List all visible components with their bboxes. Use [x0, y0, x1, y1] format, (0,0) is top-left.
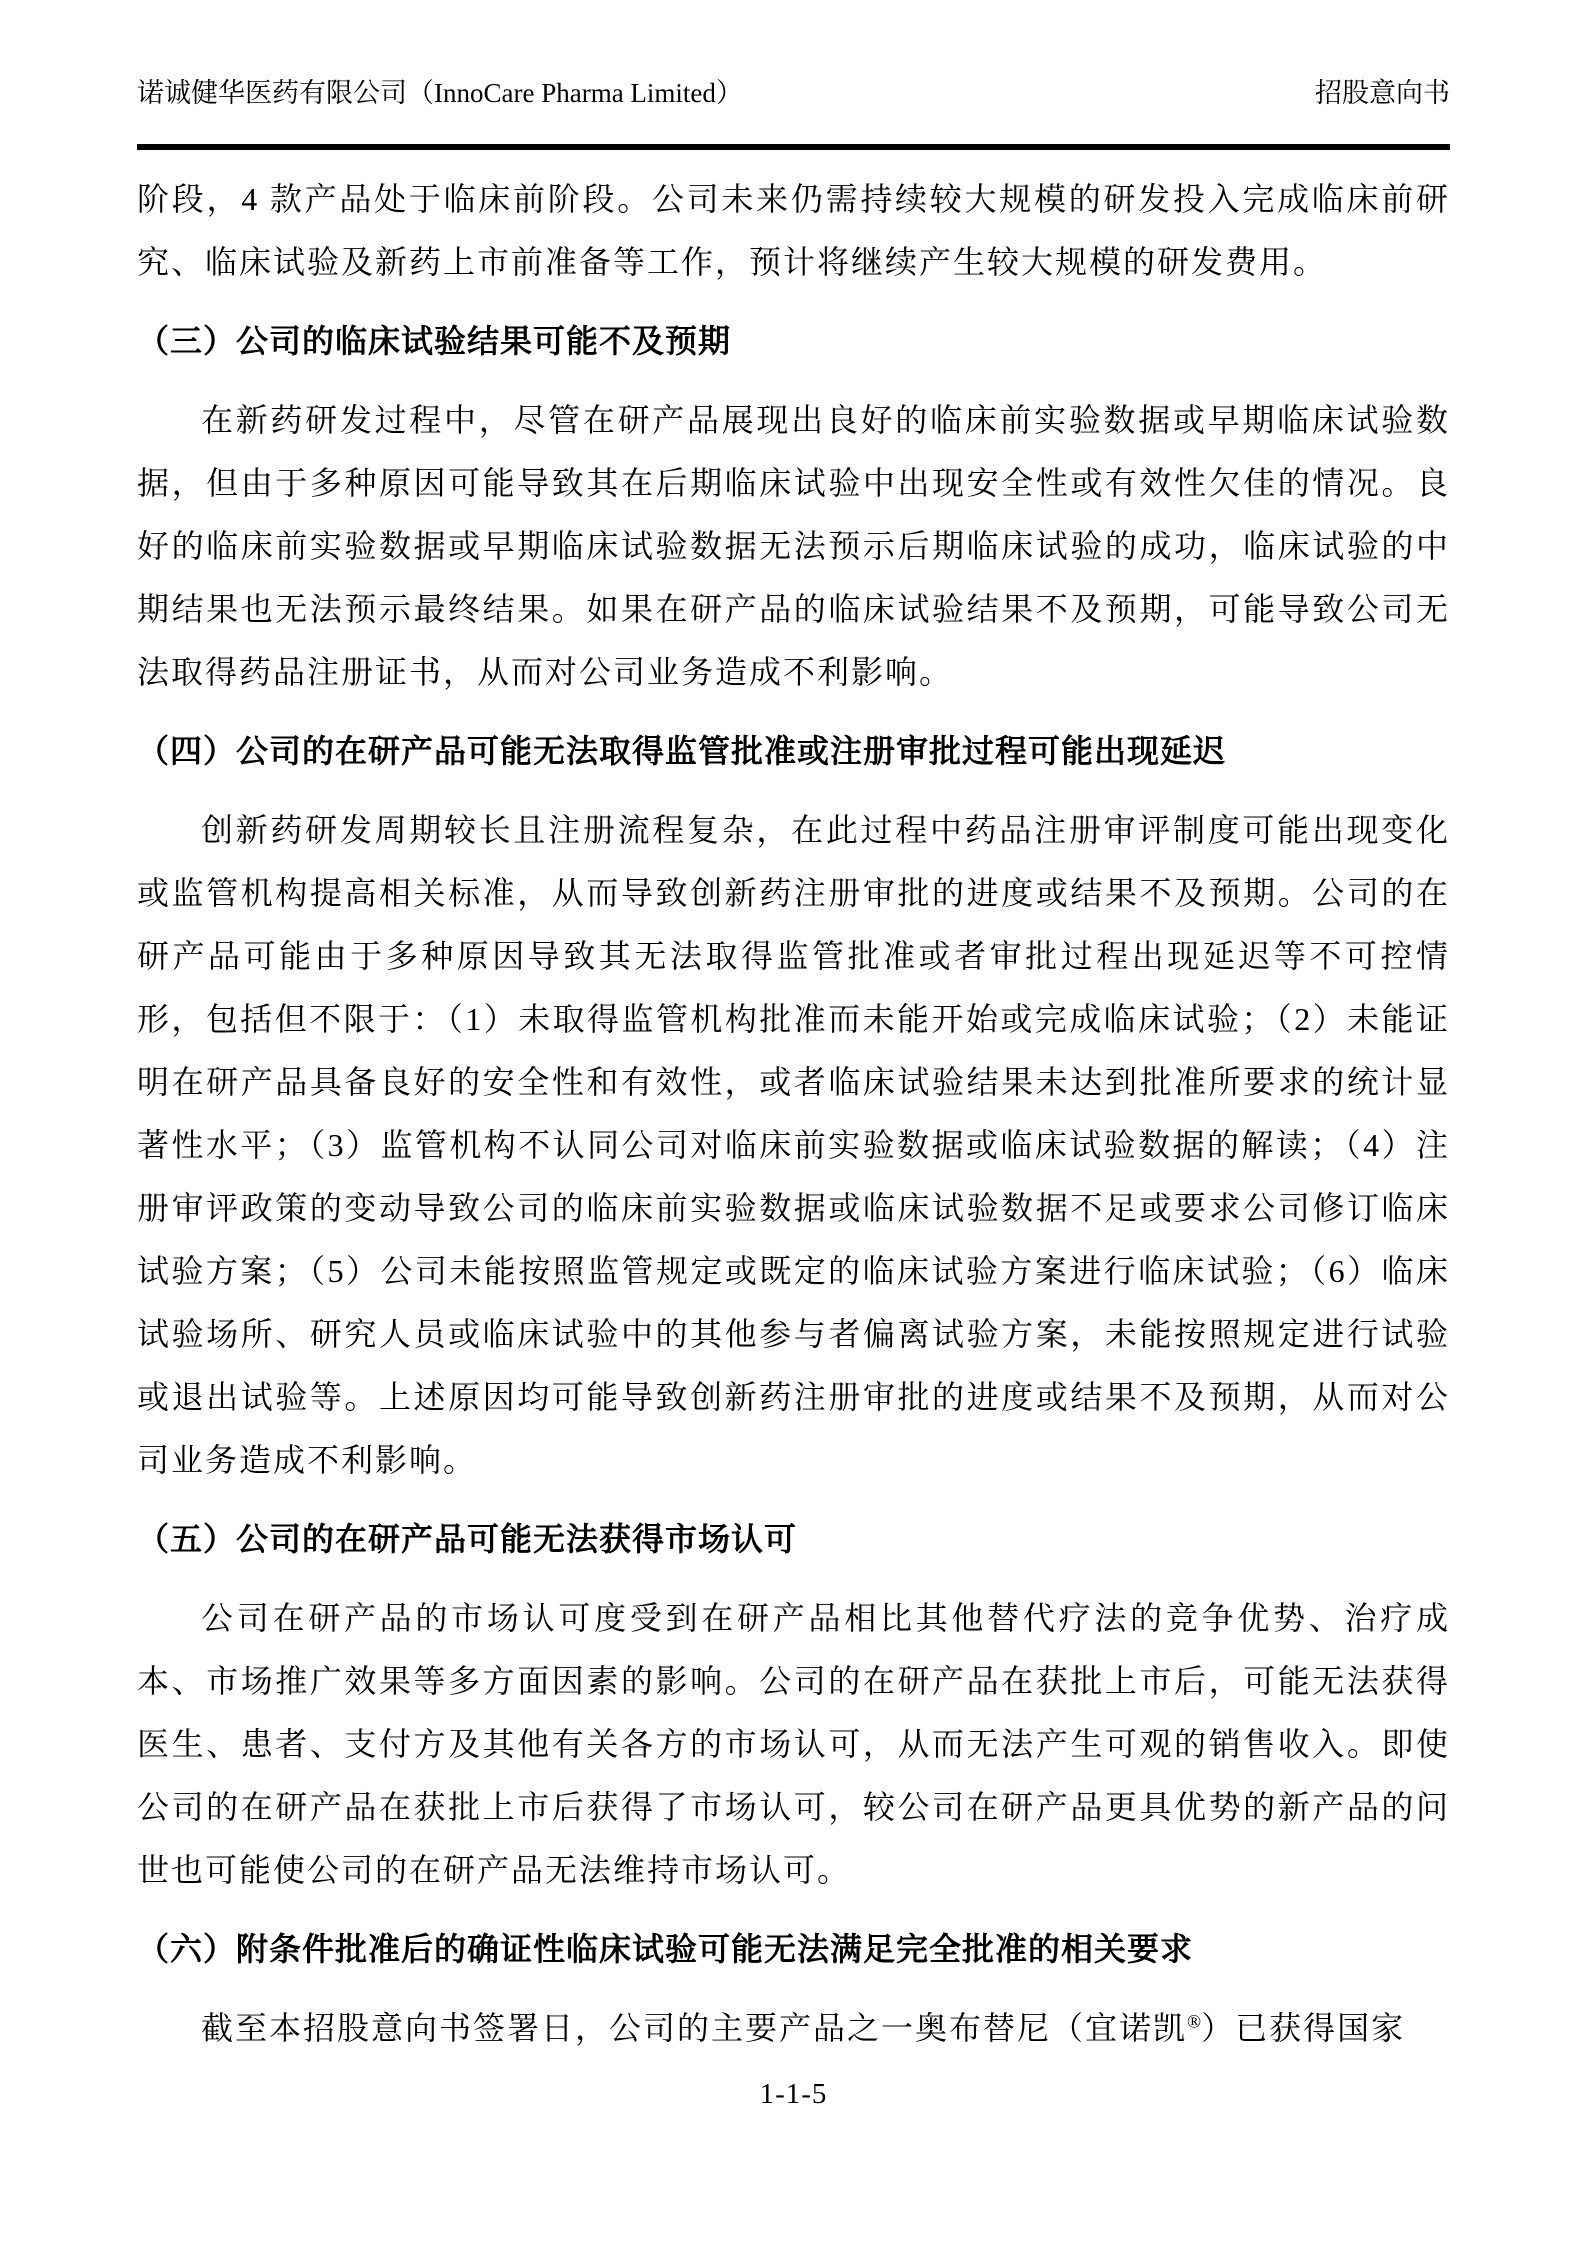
paragraph-rd-spending-continued: 阶段，4 款产品处于临床前阶段。公司未来仍需持续较大规模的研发投入完成临床前研究…	[137, 168, 1450, 294]
heading-section-3-clinical-trial-results: （三）公司的临床试验结果可能不及预期	[137, 310, 1450, 373]
document-body: 阶段，4 款产品处于临床前阶段。公司未来仍需持续较大规模的研发投入完成临床前研究…	[137, 168, 1450, 2060]
heading-section-6-conditional-approval: （六）附条件批准后的确证性临床试验可能无法满足完全批准的相关要求	[137, 1918, 1450, 1981]
heading-section-5-market-acceptance: （五）公司的在研产品可能无法获得市场认可	[137, 1508, 1450, 1571]
paragraph-conditional-approval: 截至本招股意向书签署日，公司的主要产品之一奥布替尼（宜诺凯®）已获得国家	[137, 1997, 1450, 2060]
conditional-approval-text-before: 截至本招股意向书签署日，公司的主要产品之一奥布替尼（宜诺凯	[201, 2010, 1187, 2046]
header-doc-title: 招股意向书	[1315, 76, 1450, 111]
header-company-name: 诺诚健华医药有限公司（InnoCare Pharma Limited）	[137, 76, 743, 111]
prospectus-page: 诺诚健华医药有限公司（InnoCare Pharma Limited） 招股意向…	[0, 0, 1587, 2245]
page-number: 1-1-5	[760, 2078, 828, 2110]
registered-trademark-symbol: ®	[1187, 2011, 1201, 2032]
paragraph-market-acceptance: 公司在研产品的市场认可度受到在研产品相比其他替代疗法的竞争优势、治疗成本、市场推…	[137, 1587, 1450, 1902]
conditional-approval-text-after: ）已获得国家	[1201, 2010, 1405, 2046]
header-divider-rule	[137, 144, 1450, 150]
paragraph-regulatory-approval: 创新药研发周期较长且注册流程复杂，在此过程中药品注册审评制度可能出现变化或监管机…	[137, 799, 1450, 1492]
page-footer: 1-1-5	[0, 2078, 1587, 2111]
paragraph-clinical-trial-results: 在新药研发过程中，尽管在研产品展现出良好的临床前实验数据或早期临床试验数据，但由…	[137, 389, 1450, 704]
page-header: 诺诚健华医药有限公司（InnoCare Pharma Limited） 招股意向…	[137, 76, 1450, 111]
heading-section-4-regulatory-approval: （四）公司的在研产品可能无法取得监管批准或注册审批过程可能出现延迟	[137, 720, 1450, 783]
